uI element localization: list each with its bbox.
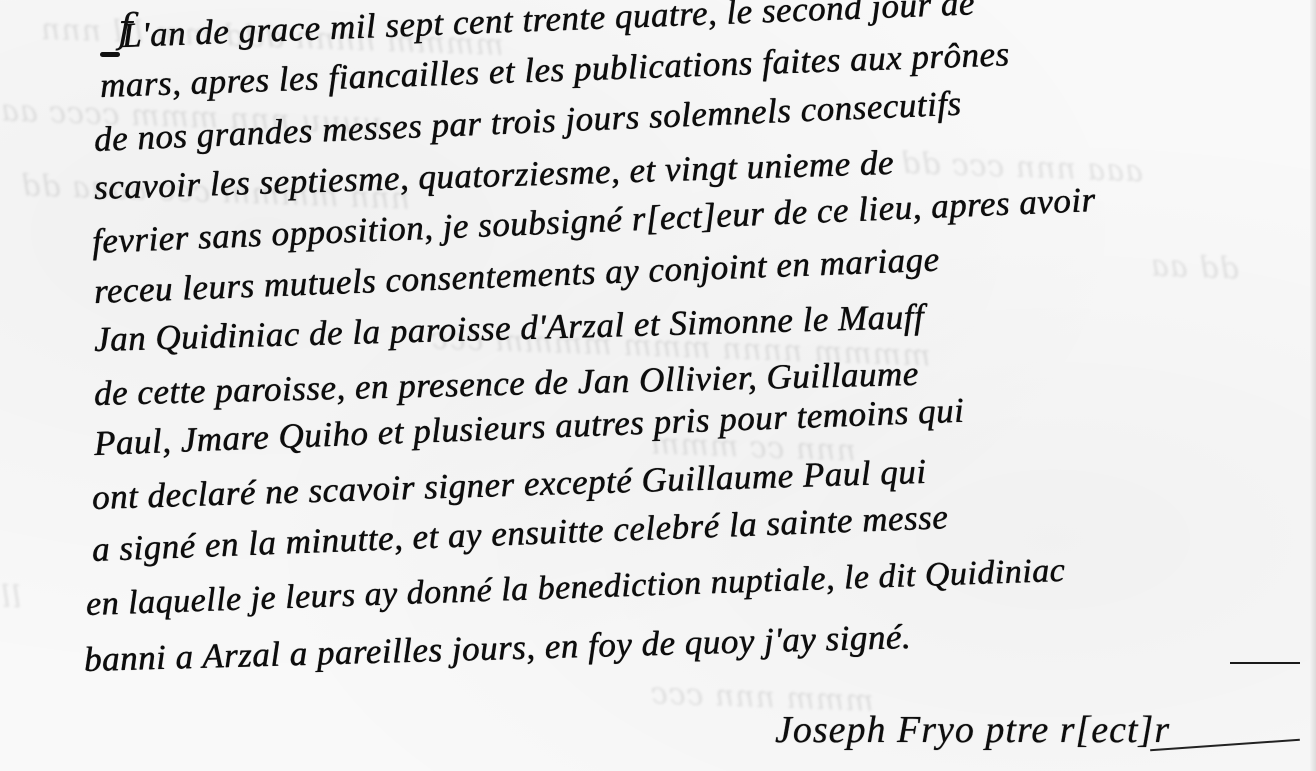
- text-line-13: banni a Arzal a pareilles jours, en foy …: [83, 617, 911, 680]
- signature-flourish: [1150, 739, 1300, 751]
- priest-signature: Joseph Fryo ptre r[ect]r: [775, 708, 1170, 752]
- bleed-through-line: dd aa: [1149, 248, 1239, 286]
- bleed-through-line: ll: [0, 580, 22, 616]
- closing-dash: [1230, 662, 1300, 664]
- line-lead-dash: [100, 52, 120, 57]
- page-edge: [1310, 0, 1316, 771]
- manuscript-page: mmmm nnnn ddd mm lll nnn uuuu nnn mmm cc…: [0, 0, 1316, 771]
